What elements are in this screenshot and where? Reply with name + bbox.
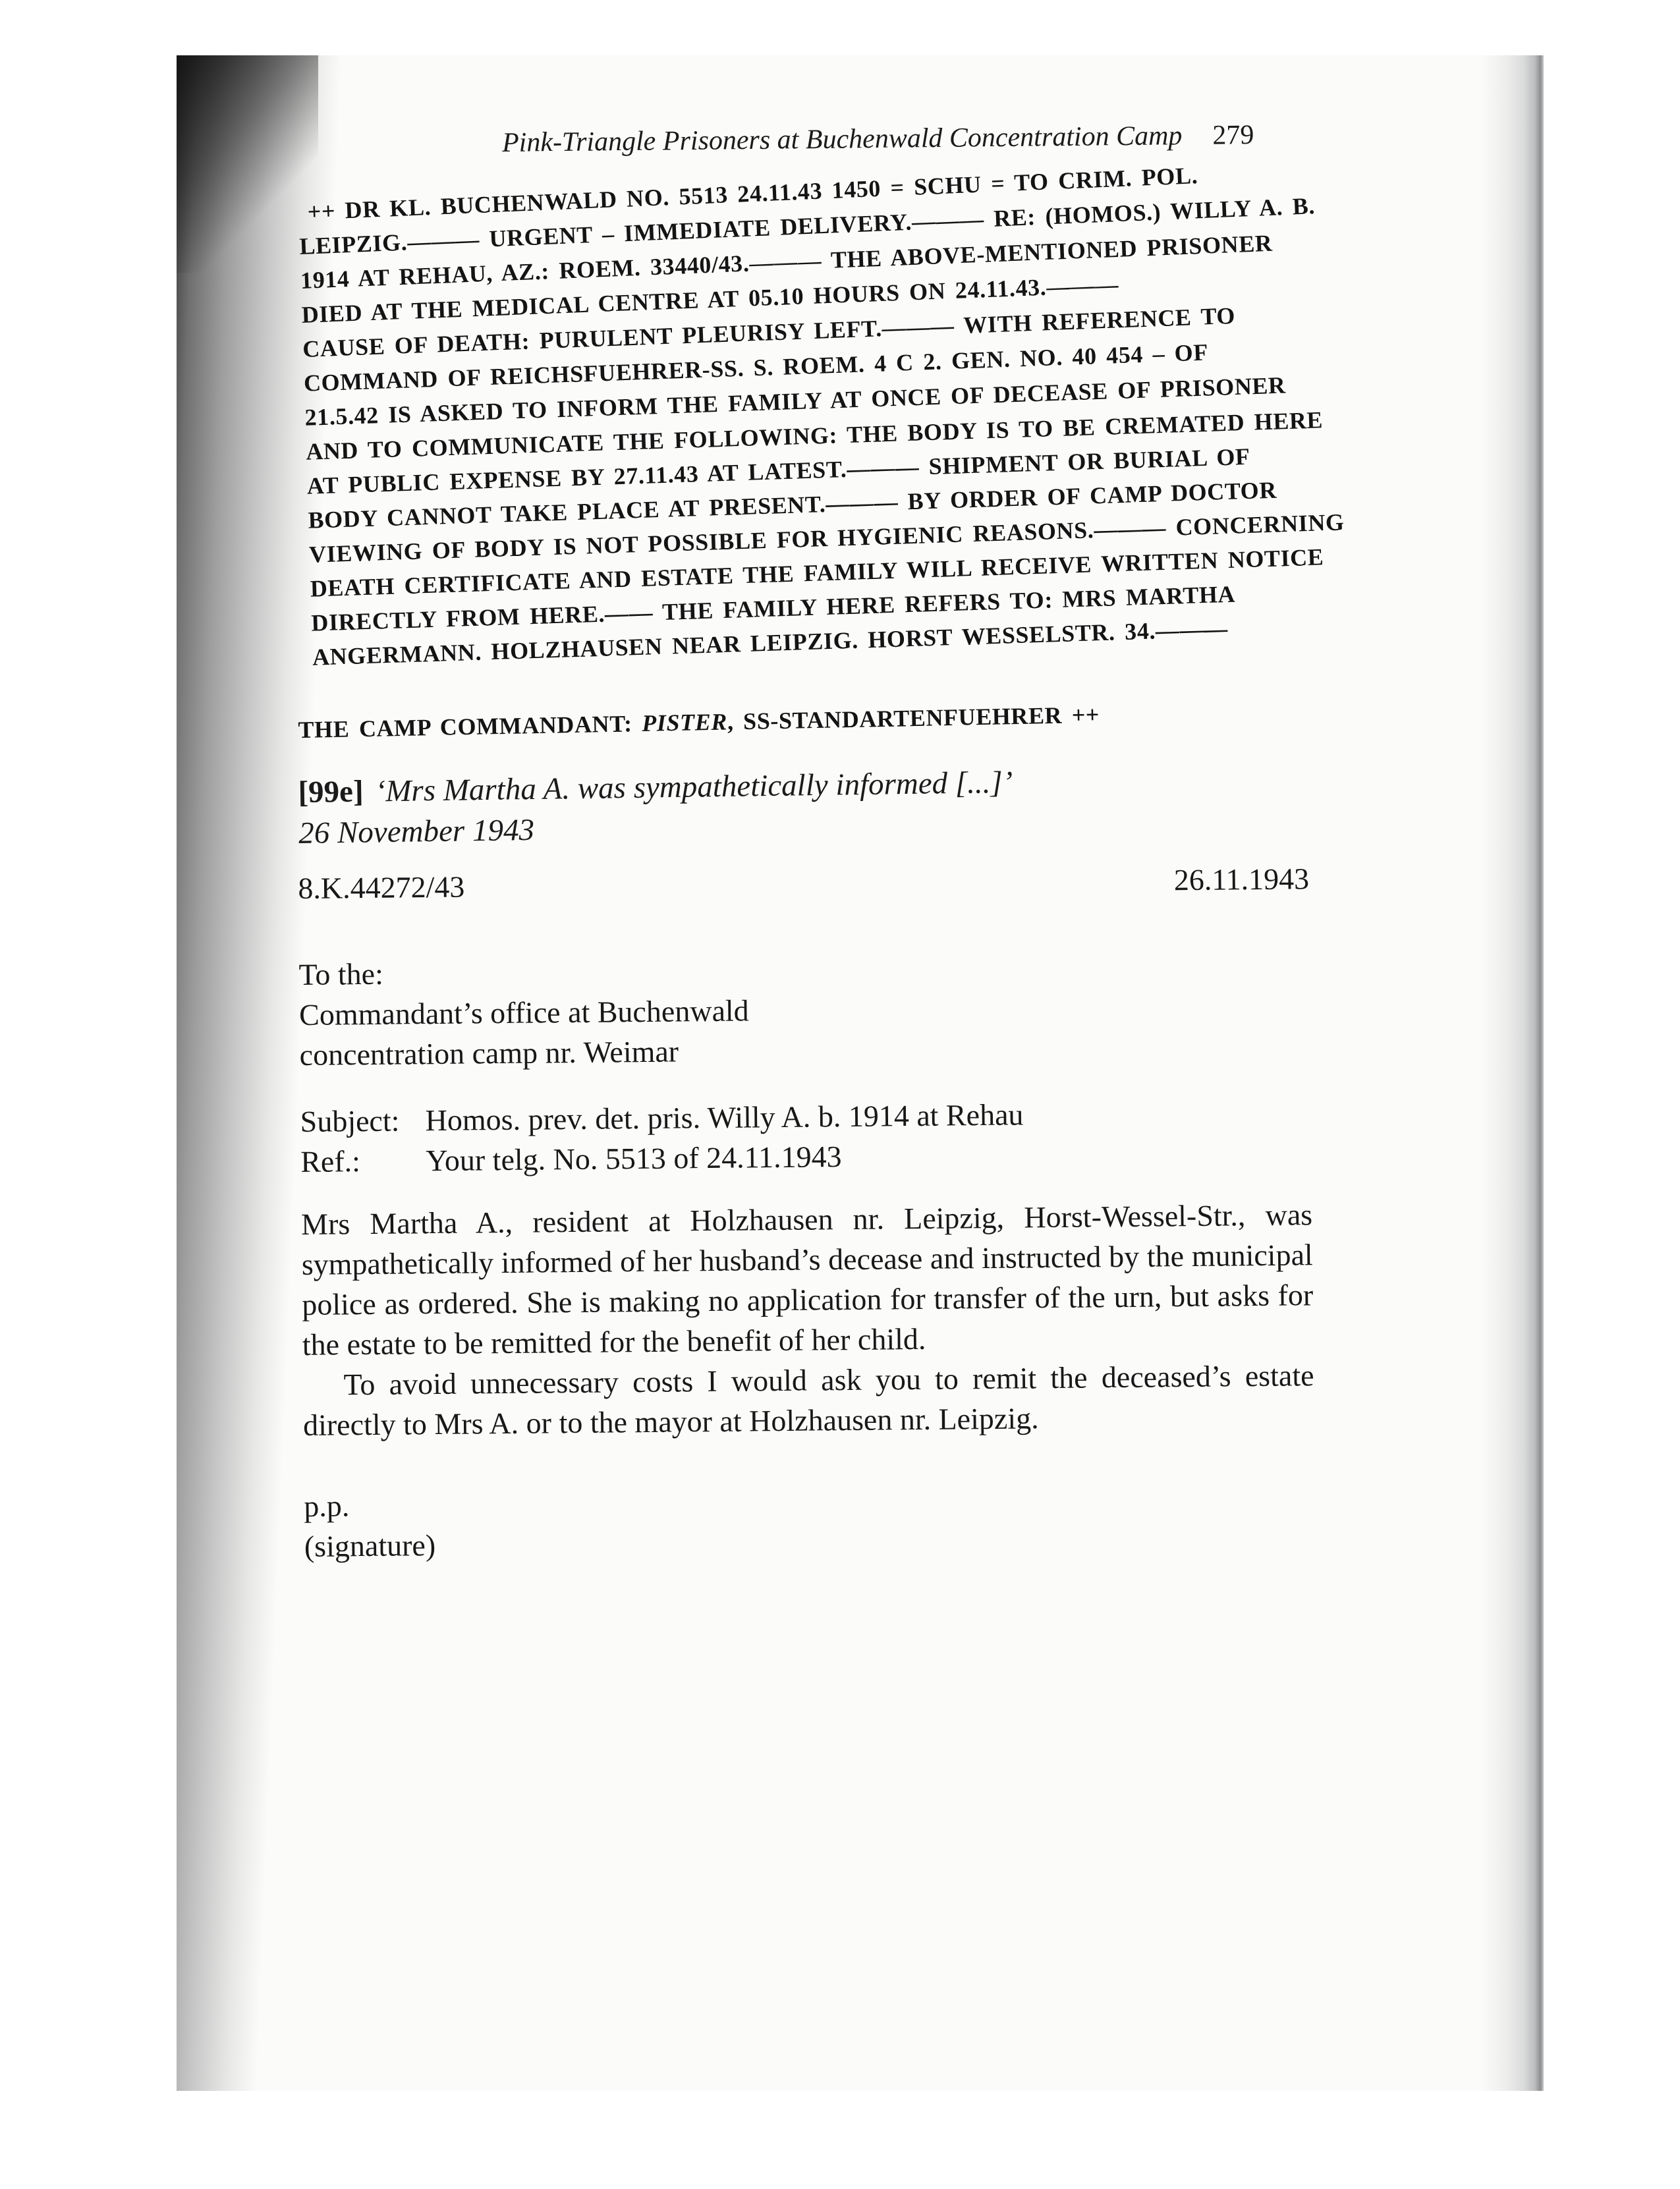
right-page-edge [1480, 55, 1544, 2091]
letter-paragraph: To avoid unnecessary costs I would ask y… [302, 1355, 1314, 1445]
letter-body: 8.K.44272/43 26.11.1943 To the: Commanda… [298, 858, 1316, 1566]
subject-text: Homos. prev. det. pris. Willy A. b. 1914… [425, 1094, 1023, 1140]
recipient-block: To the: Commandant’s office at Buchenwal… [298, 945, 1311, 1075]
letter-meta: Subject: Homos. prev. det. pris. Willy A… [300, 1092, 1312, 1182]
subject-label: Subject: [300, 1100, 426, 1142]
reference-text: Your telg. No. 5513 of 24.11.1943 [426, 1136, 842, 1180]
page-number: 279 [1212, 119, 1254, 152]
top-left-corner-shadow [177, 55, 318, 273]
commandant-prefix: THE CAMP COMMANDANT: [298, 710, 642, 743]
commandant-name: PISTER [642, 708, 727, 736]
letter-ref-number: 8.K.44272/43 [298, 867, 465, 908]
reference-label: Ref.: [300, 1140, 426, 1182]
telegram-block: ++ DR KL. BUCHENWALD NO. 5513 24.11.43 1… [298, 163, 1348, 675]
document-number-label: [99e] [298, 775, 364, 810]
letter-date: 26.11.1943 [1174, 858, 1310, 900]
letter-paragraph: Mrs Martha A., resident at Holzhausen nr… [301, 1194, 1314, 1365]
commandant-suffix: , SS-STANDARTENFUEHRER ++ [727, 702, 1100, 735]
document-heading-quote: ‘Mrs Martha A. was sympathetically infor… [375, 765, 1013, 809]
signoff-block: p.p. (signature) [304, 1476, 1316, 1566]
document-heading: [99e]‘Mrs Martha A. was sympathetically … [298, 762, 1014, 854]
